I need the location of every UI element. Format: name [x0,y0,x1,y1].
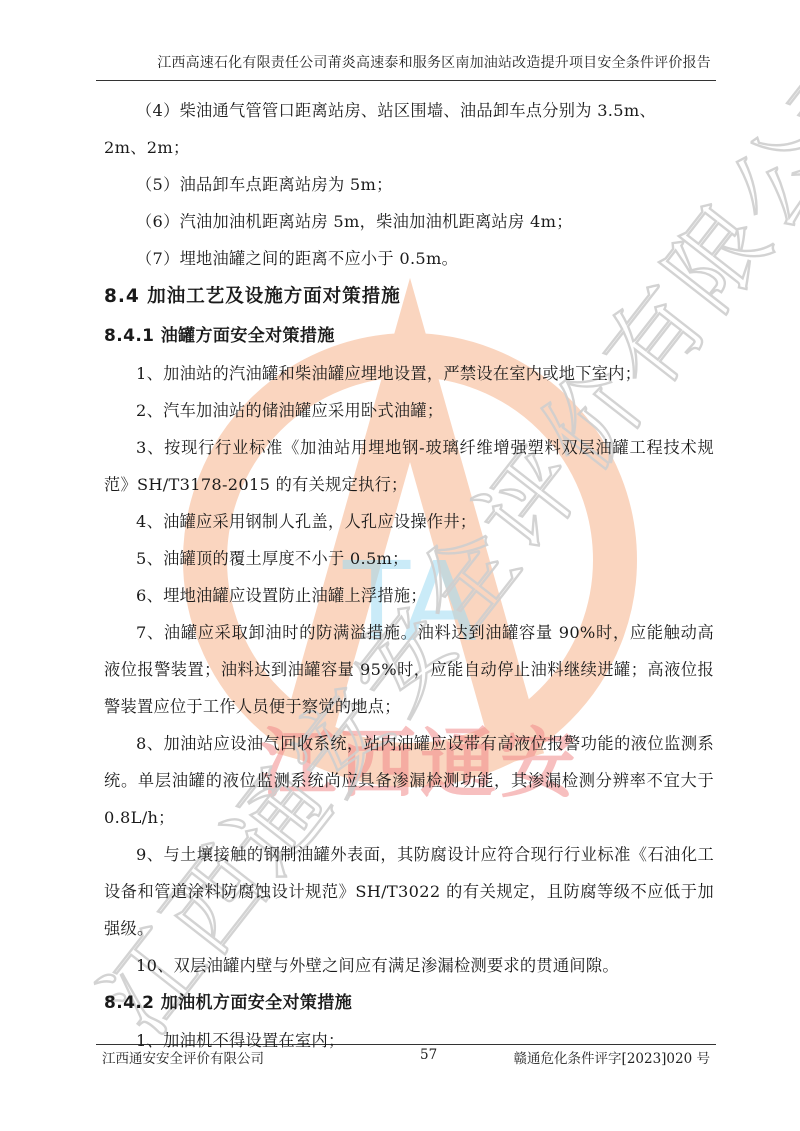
tank-measure-1: 1、加油站的汽油罐和柴油罐应埋地设置，严禁设在室内或地下室内； [104,355,714,392]
subsection-heading-8-4-2: 8.4.2 加油机方面安全对策措施 [104,984,714,1022]
tank-measure-10: 10、双层油罐内壁与外壁之间应有满足渗漏检测要求的贯通间隙。 [104,947,714,984]
tank-measure-9: 9、与土壤接触的钢制油罐外表面，其防腐设计应符合现行行业标准《石油化工设备和管道… [104,836,714,947]
section-heading-8-4: 8.4 加油工艺及设施方面对策措施 [104,277,714,317]
tank-measure-2: 2、汽车加油站的储油罐应采用卧式油罐； [104,392,714,429]
running-header: 江西高速石化有限责任公司莆炎高速泰和服务区南加油站改造提升项目安全条件评价报告 [96,52,711,72]
distance-item-4-line1: （4）柴油通气管管口距离站房、站区围墙、油品卸车点分别为 3.5m、 [104,92,714,129]
dispenser-measure-1: 1、加油机不得设置在室内； [104,1022,714,1059]
document-body: （4）柴油通气管管口距离站房、站区围墙、油品卸车点分别为 3.5m、 2m、2m… [104,92,714,1059]
tank-measure-3: 3、按现行行业标准《加油站用埋地钢-玻璃纤维增强塑料双层油罐工程技术规范》SH/… [104,429,714,503]
distance-item-5: （5）油品卸车点距离站房为 5m； [104,166,714,203]
distance-item-7: （7）埋地油罐之间的距离不应小于 0.5m。 [104,240,714,277]
tank-measure-5: 5、油罐顶的覆土厚度不小于 0.5m； [104,540,714,577]
subsection-heading-8-4-1: 8.4.1 油罐方面安全对策措施 [104,317,714,355]
tank-measure-8: 8、加油站应设油气回收系统，站内油罐应设带有高液位报警功能的液位监测系统。单层油… [104,725,714,836]
distance-item-6: （6）汽油加油机距离站房 5m，柴油加油机距离站房 4m； [104,203,714,240]
distance-item-4-line2: 2m、2m； [104,129,714,166]
tank-measure-7: 7、油罐应采取卸油时的防满溢措施。油料达到油罐容量 90%时，应能触动高液位报警… [104,614,714,725]
tank-measure-4: 4、油罐应采用钢制人孔盖，人孔应设操作井； [104,503,714,540]
tank-measure-6: 6、埋地油罐应设置防止油罐上浮措施； [104,577,714,614]
header-divider [96,80,716,81]
